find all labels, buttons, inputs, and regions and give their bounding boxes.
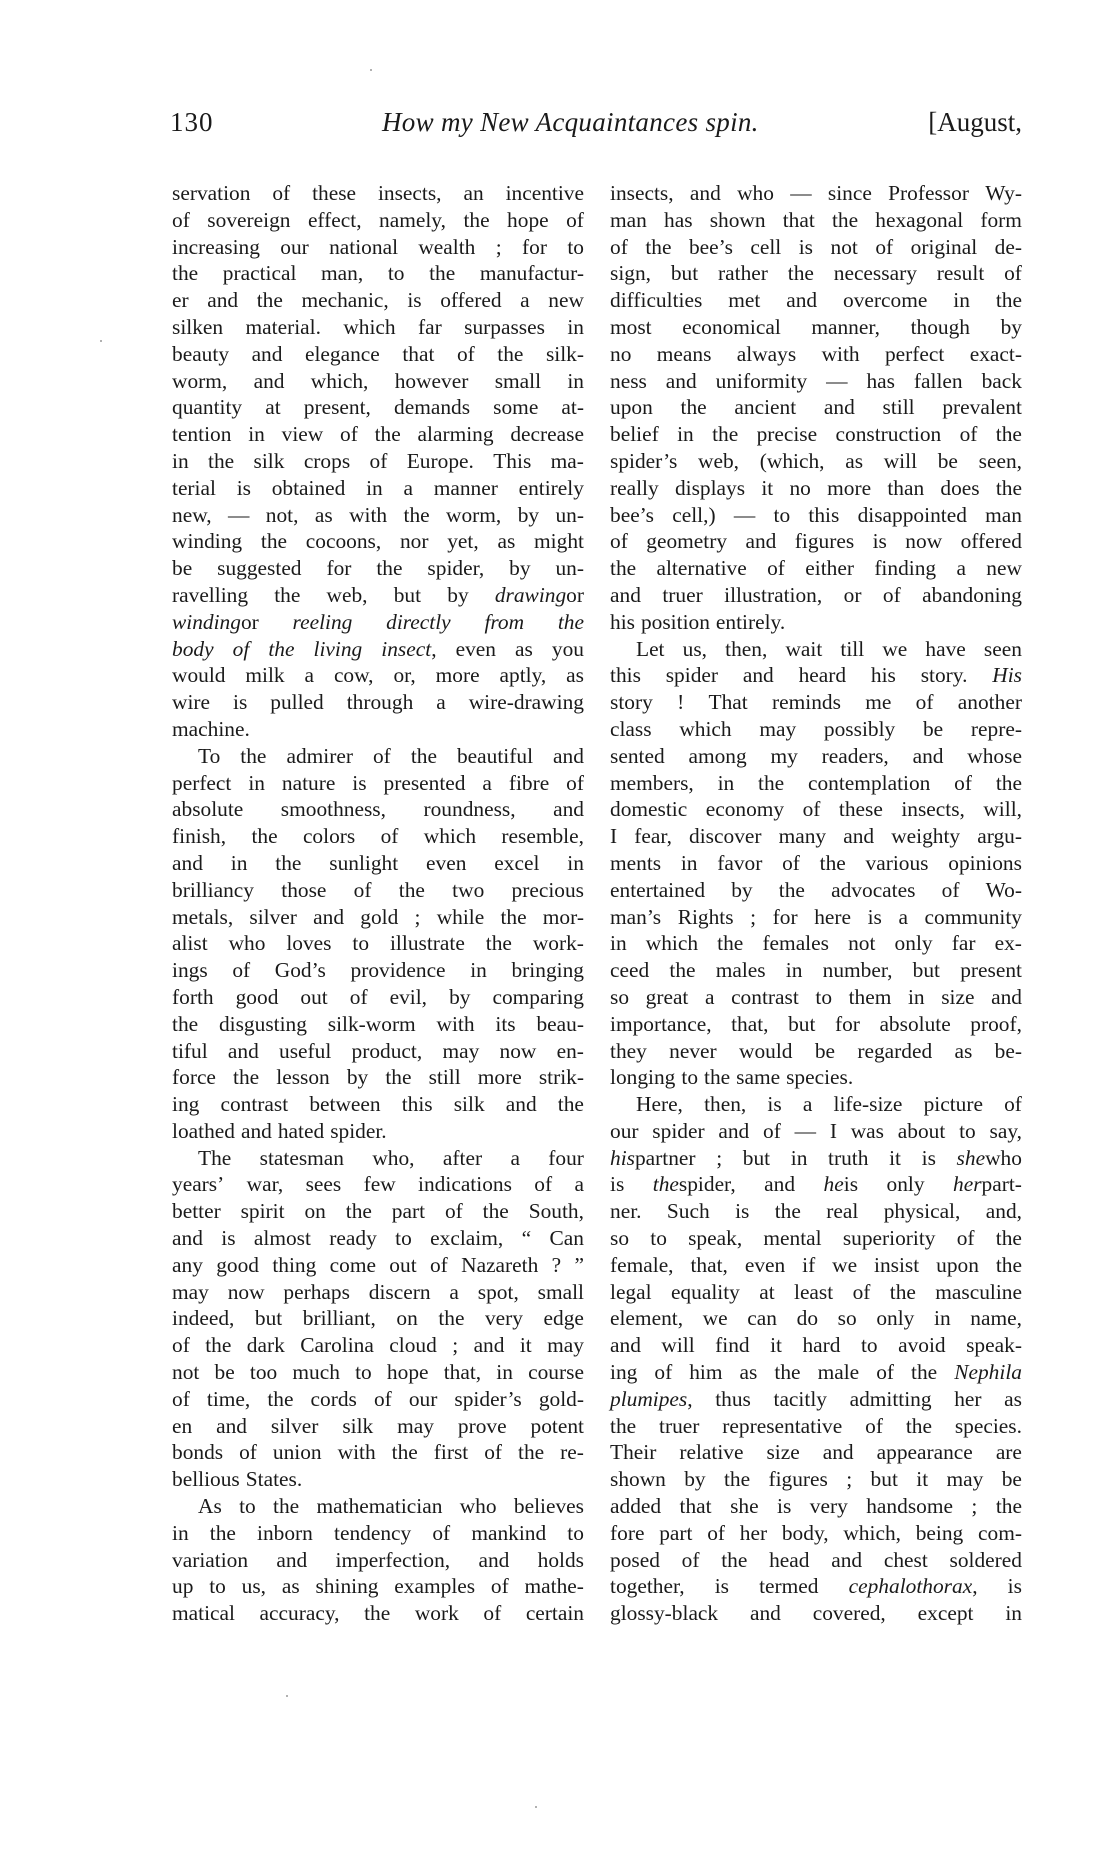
word: in: [934, 1305, 951, 1332]
word: Here,: [636, 1091, 683, 1118]
word: a: [705, 984, 715, 1011]
word: Wy-: [985, 180, 1022, 207]
word: longing: [610, 1064, 675, 1091]
word: with: [338, 1439, 376, 1466]
word: and: [172, 850, 203, 877]
word: Can: [549, 1225, 583, 1252]
word: bellious: [172, 1466, 240, 1493]
word: and: [666, 368, 697, 395]
word: crops: [304, 448, 350, 475]
word: the: [645, 234, 671, 261]
word: dark: [247, 1332, 285, 1359]
word: living: [314, 636, 363, 663]
text-line: members,inthecontemplationofthe: [610, 770, 1022, 797]
text-line: theyneverwouldberegardedasbe-: [610, 1038, 1022, 1065]
word: in: [248, 421, 265, 448]
word: smoothness,: [281, 796, 386, 823]
word: may: [547, 1332, 584, 1359]
word: its: [495, 1011, 515, 1038]
word: of: [172, 1386, 190, 1413]
word: discern: [369, 1279, 431, 1306]
word: ;: [846, 1466, 852, 1493]
word: that: [783, 207, 815, 234]
word: the: [274, 582, 300, 609]
word: the: [996, 1252, 1022, 1279]
text-line: thetruerrepresentativeofthespecies.: [610, 1413, 1022, 1440]
word: of: [239, 1439, 257, 1466]
word: us,: [242, 1573, 266, 1600]
scan-speck: [286, 1695, 288, 1697]
word: en: [172, 1413, 192, 1440]
word: speak-: [966, 1332, 1022, 1359]
word: the: [172, 260, 198, 287]
word: of: [381, 823, 399, 850]
text-line: sign,butratherthenecessaryresultof: [610, 260, 1022, 287]
word: some: [493, 394, 538, 421]
word: appearance: [877, 1439, 973, 1466]
word: The: [198, 1145, 231, 1172]
word: who: [460, 1493, 497, 1520]
word: between: [309, 1091, 380, 1118]
word: may: [759, 716, 796, 743]
word: more: [436, 662, 480, 689]
word: ments: [610, 850, 661, 877]
word: machine.: [172, 716, 250, 743]
word: a: [898, 904, 908, 931]
word: story.: [921, 662, 968, 689]
text-line: hispartner;butintruthitisshewho: [610, 1145, 1022, 1172]
word: and: [207, 287, 238, 314]
word: first: [434, 1439, 468, 1466]
word: and: [610, 582, 641, 609]
word: which,: [843, 1520, 901, 1547]
word: effect,: [308, 207, 362, 234]
text-line: domesticeconomyoftheseinsects,will,: [610, 796, 1022, 823]
text-line: legalequalityatleastofthemasculine: [610, 1279, 1022, 1306]
word: silver: [271, 1413, 319, 1440]
word: His: [992, 662, 1022, 689]
word: wait: [785, 636, 822, 663]
text-line: increasingournationalwealth;forto: [172, 234, 584, 261]
word: !: [677, 689, 684, 716]
word: admirer: [286, 743, 353, 770]
word: if: [802, 1252, 815, 1279]
text-line: terialisobtainedinamannerentirely: [172, 475, 584, 502]
word: come: [330, 1252, 376, 1279]
text-line: ofsovereigneffect,namely,thehopeof: [172, 207, 584, 234]
text-line: Theirrelativesizeandappearanceare: [610, 1439, 1022, 1466]
word: of: [374, 1386, 392, 1413]
word: ?: [552, 1252, 562, 1279]
word: for: [773, 904, 798, 931]
text-line: nomeansalwayswithperfectexact-: [610, 341, 1022, 368]
word: the: [518, 1439, 544, 1466]
word: to: [650, 1225, 667, 1252]
word: new: [986, 555, 1022, 582]
word: ings: [172, 957, 208, 984]
word: is: [237, 475, 251, 502]
word: obtained: [272, 475, 346, 502]
text-line: loathedandhatedspider.: [172, 1118, 584, 1145]
text-line: reallydisplaysitnomorethandoesthe: [610, 475, 1022, 502]
word: the: [911, 1359, 937, 1386]
word: silk: [342, 1413, 373, 1440]
word: spider: [652, 1118, 704, 1145]
word: this: [402, 1091, 433, 1118]
word: nor: [400, 528, 429, 555]
word: the: [610, 555, 636, 582]
text-line: oftime,thecordsofourspider’sgold-: [172, 1386, 584, 1413]
word: the: [996, 770, 1022, 797]
word: beauty: [172, 341, 229, 368]
text-line: thisspiderandheardhisstory.His: [610, 662, 1022, 689]
word: namely,: [379, 207, 446, 234]
word: Nazareth: [461, 1252, 538, 1279]
word: —: [734, 502, 755, 529]
word: almost: [254, 1225, 311, 1252]
word: of: [354, 877, 372, 904]
text-line: perfectinnatureispresentedafibreof: [172, 770, 584, 797]
word: a: [956, 555, 966, 582]
word: indeed,: [172, 1305, 234, 1332]
word: of: [610, 528, 628, 555]
word: those: [281, 877, 326, 904]
text-line: bodyofthelivinginsect,evenasyou: [172, 636, 584, 663]
word: thespider,: [653, 1171, 736, 1198]
word: small: [538, 1279, 584, 1306]
word: truer: [662, 582, 702, 609]
word: will: [661, 1332, 694, 1359]
word: silver: [249, 904, 297, 931]
word: still: [429, 1064, 461, 1091]
word: the: [890, 1279, 916, 1306]
word: me: [865, 689, 891, 716]
word: the: [208, 448, 234, 475]
word: Their: [610, 1439, 656, 1466]
word: the: [376, 555, 402, 582]
word: which: [646, 930, 698, 957]
word: out: [300, 984, 327, 1011]
word: than: [887, 475, 924, 502]
word: sovereign: [207, 207, 290, 234]
word: this: [808, 502, 839, 529]
word: size: [941, 984, 974, 1011]
word: brilliant,: [303, 1305, 376, 1332]
word: a: [520, 287, 530, 314]
word: various: [866, 850, 929, 877]
word: reeling: [293, 609, 353, 636]
text-line: maynowperhapsdiscernaspot,small: [172, 1279, 584, 1306]
word: illustration,: [724, 582, 822, 609]
word: bee’s: [689, 234, 733, 261]
word: in: [953, 287, 970, 314]
word: Nephila: [954, 1359, 1022, 1386]
word: as: [955, 1038, 973, 1065]
word: ner.: [610, 1198, 641, 1225]
word: necessary: [834, 260, 917, 287]
word: chest: [884, 1547, 928, 1574]
word: the: [205, 1332, 231, 1359]
word: the: [346, 1198, 372, 1225]
word: we: [832, 1252, 857, 1279]
word: disgusting: [219, 1011, 307, 1038]
word: Carolina: [300, 1332, 374, 1359]
word: is: [799, 234, 813, 261]
word: may: [397, 1413, 434, 1440]
word: of: [172, 207, 190, 234]
word: by: [347, 1064, 368, 1091]
word: present,: [304, 394, 371, 421]
word: of: [916, 689, 934, 716]
word: except: [918, 1600, 974, 1627]
text-line: sentedamongmyreaders,andwhose: [610, 743, 1022, 770]
text-line: thealternativeofeitherfindinganew: [610, 555, 1022, 582]
word: is: [777, 1493, 791, 1520]
word: but: [788, 1011, 815, 1038]
word: beau-: [536, 1011, 584, 1038]
word: sunlight: [329, 850, 398, 877]
word: result: [937, 260, 985, 287]
word: fear,: [634, 823, 672, 850]
word: far: [418, 314, 442, 341]
word: which,: [311, 368, 369, 395]
word: it: [520, 1332, 532, 1359]
word: of: [566, 770, 584, 797]
word: the: [774, 1359, 800, 1386]
word: providence: [351, 957, 446, 984]
word: and: [823, 1439, 854, 1466]
text-line: Ifear,discovermanyandweightyargu-: [610, 823, 1022, 850]
word: heard: [799, 662, 847, 689]
word: contemplation: [808, 770, 930, 797]
word: same: [736, 1064, 780, 1091]
word: which: [679, 716, 731, 743]
word: be: [1002, 1466, 1022, 1493]
word: story: [610, 689, 653, 716]
word: part: [392, 1198, 425, 1225]
word: worm,: [446, 502, 501, 529]
word: of: [883, 582, 901, 609]
word: Such: [667, 1198, 710, 1225]
word: economy: [706, 796, 784, 823]
word: but: [871, 1466, 898, 1493]
word: ;: [452, 1332, 458, 1359]
word: up: [172, 1573, 193, 1600]
word: entirely: [519, 475, 584, 502]
word: but: [394, 582, 421, 609]
page-number: 130: [170, 100, 214, 144]
text-line: addedthatsheisveryhandsome;the: [610, 1493, 1022, 1520]
word: the: [996, 421, 1022, 448]
text-line: difficultiesmetandovercomeinthe: [610, 287, 1022, 314]
word: of: [865, 1413, 883, 1440]
text-line: andisalmostreadytoexclaim,“Can: [172, 1225, 584, 1252]
word: the: [172, 1011, 198, 1038]
word: posed: [610, 1547, 660, 1574]
word: as: [845, 448, 863, 475]
word: and: [718, 1118, 749, 1145]
word: will,: [983, 796, 1022, 823]
word: presented: [384, 770, 466, 797]
word: and: [843, 823, 874, 850]
word: wire: [172, 689, 210, 716]
word: of: [942, 877, 960, 904]
word: that: [402, 341, 434, 368]
word: the: [273, 1493, 299, 1520]
word: force: [172, 1064, 216, 1091]
word: terial: [172, 475, 216, 502]
word: while: [437, 904, 485, 931]
word: on: [396, 1305, 417, 1332]
word: of: [566, 207, 584, 234]
word: fibre: [509, 770, 549, 797]
word: are: [996, 1439, 1022, 1466]
word: in: [908, 984, 925, 1011]
word: be: [923, 716, 943, 743]
word: handsome: [866, 1493, 953, 1520]
scan-speck: [535, 1806, 537, 1808]
word: ;: [971, 1493, 977, 1520]
word: entertained: [610, 877, 705, 904]
word: be: [815, 1038, 835, 1065]
word: hexagonal: [875, 207, 963, 234]
running-header: 130 How my New Acquaintances spin. [Augu…: [170, 100, 1022, 144]
word: the: [717, 930, 743, 957]
word: God’s: [275, 957, 326, 984]
word: Let: [636, 636, 665, 663]
text-line: bondsofunionwiththefirstofthere-: [172, 1439, 584, 1466]
word: strik-: [539, 1064, 584, 1091]
word: favor: [717, 850, 762, 877]
word: out: [389, 1252, 416, 1279]
word: displays: [675, 475, 745, 502]
word: of: [272, 180, 290, 207]
word: and: [252, 341, 283, 368]
word: ma-: [551, 448, 584, 475]
word: the: [267, 1386, 293, 1413]
text-line: entertainedbytheadvocatesofWo-: [610, 877, 1022, 904]
text-line: ofthedarkCarolinacloud;anditmay: [172, 1332, 584, 1359]
word: may: [442, 1038, 479, 1065]
word: useful: [279, 1038, 331, 1065]
word: excel: [494, 850, 539, 877]
word: of: [534, 1171, 552, 1198]
word: advocates: [831, 877, 915, 904]
word: we: [703, 1305, 728, 1332]
word: of: [782, 850, 800, 877]
text-line: glossy-blackandcovered,exceptin: [610, 1600, 1022, 1627]
word: then,: [704, 1091, 746, 1118]
word: community: [925, 904, 1022, 931]
text-line: thepracticalman,tothemanufactur-: [172, 260, 584, 287]
word: that: [680, 1493, 712, 1520]
text-line: spider’sweb,(which,aswillbeseen,: [610, 448, 1022, 475]
word: shewho: [957, 1145, 1022, 1172]
scan-speck: [370, 69, 372, 71]
word: however: [395, 368, 469, 395]
word: bonds: [172, 1439, 223, 1466]
word: To: [198, 743, 220, 770]
word: superiority: [843, 1225, 936, 1252]
word: hispartner: [610, 1145, 696, 1172]
word: of: [484, 1439, 502, 1466]
word: cocoons,: [306, 528, 381, 555]
word: her: [740, 1520, 767, 1547]
word: in: [248, 770, 265, 797]
word: picture: [924, 1091, 983, 1118]
text-line: mosteconomicalmanner,thoughby: [610, 314, 1022, 341]
word: who: [229, 930, 266, 957]
text-line: upontheancientandstillprevalent: [610, 394, 1022, 421]
word: insects,: [610, 180, 674, 207]
word: but: [743, 1145, 770, 1172]
word: the: [996, 1493, 1022, 1520]
text-line: new,—not,aswiththeworm,byun-: [172, 502, 584, 529]
word: of: [445, 1198, 463, 1225]
word: comparing: [492, 984, 583, 1011]
scan-speck: [100, 340, 102, 342]
word: silk: [254, 448, 285, 475]
word: contrast: [220, 1091, 288, 1118]
word: speak,: [688, 1225, 742, 1252]
text-line: importance,that,butforabsoluteproof,: [610, 1011, 1022, 1038]
word: or,: [393, 662, 415, 689]
word: in: [610, 930, 627, 957]
word: back: [982, 368, 1022, 395]
word: have: [925, 636, 965, 663]
word: lesson: [276, 1064, 329, 1091]
word: exact-: [970, 341, 1022, 368]
word: of: [707, 1520, 725, 1547]
word: and: [553, 743, 584, 770]
word: the: [257, 287, 283, 314]
word: milk: [245, 662, 284, 689]
word: by: [1001, 314, 1022, 341]
word: mechanic,: [301, 287, 388, 314]
text-line: posedoftheheadandchestsoldered: [610, 1547, 1022, 1574]
text-line: ofthebee’scellisnotoforiginalde-: [610, 234, 1022, 261]
right-text-column: insects,andwho—sinceProfessorWy-manhassh…: [610, 180, 1022, 1627]
word: fallen: [914, 368, 963, 395]
word: ;: [750, 904, 756, 931]
word: do: [797, 1305, 818, 1332]
word: hope: [507, 207, 549, 234]
word: figures: [768, 1466, 827, 1493]
word: proof,: [970, 1011, 1022, 1038]
word: be-: [995, 1038, 1022, 1065]
word: Wo-: [986, 877, 1022, 904]
word: windingor: [172, 609, 259, 636]
word: be: [938, 448, 958, 475]
word: variation: [172, 1547, 248, 1574]
text-line: besuggestedforthespider,byun-: [172, 555, 584, 582]
word: but: [255, 1305, 282, 1332]
word: imperfection,: [336, 1547, 451, 1574]
text-line: alistwholovestoillustratethework-: [172, 930, 584, 957]
word: geometry: [646, 528, 727, 555]
word: many: [779, 823, 827, 850]
word: figures: [795, 528, 854, 555]
word: years’: [172, 1171, 224, 1198]
word: by: [509, 555, 530, 582]
word: loves: [286, 930, 331, 957]
text-line: metals,silverandgold;whilethemor-: [172, 904, 584, 931]
word: and: [241, 1118, 272, 1145]
word: and: [228, 1038, 259, 1065]
word: species.: [955, 1413, 1022, 1440]
word: is: [221, 1225, 235, 1252]
word: it: [889, 1145, 901, 1172]
